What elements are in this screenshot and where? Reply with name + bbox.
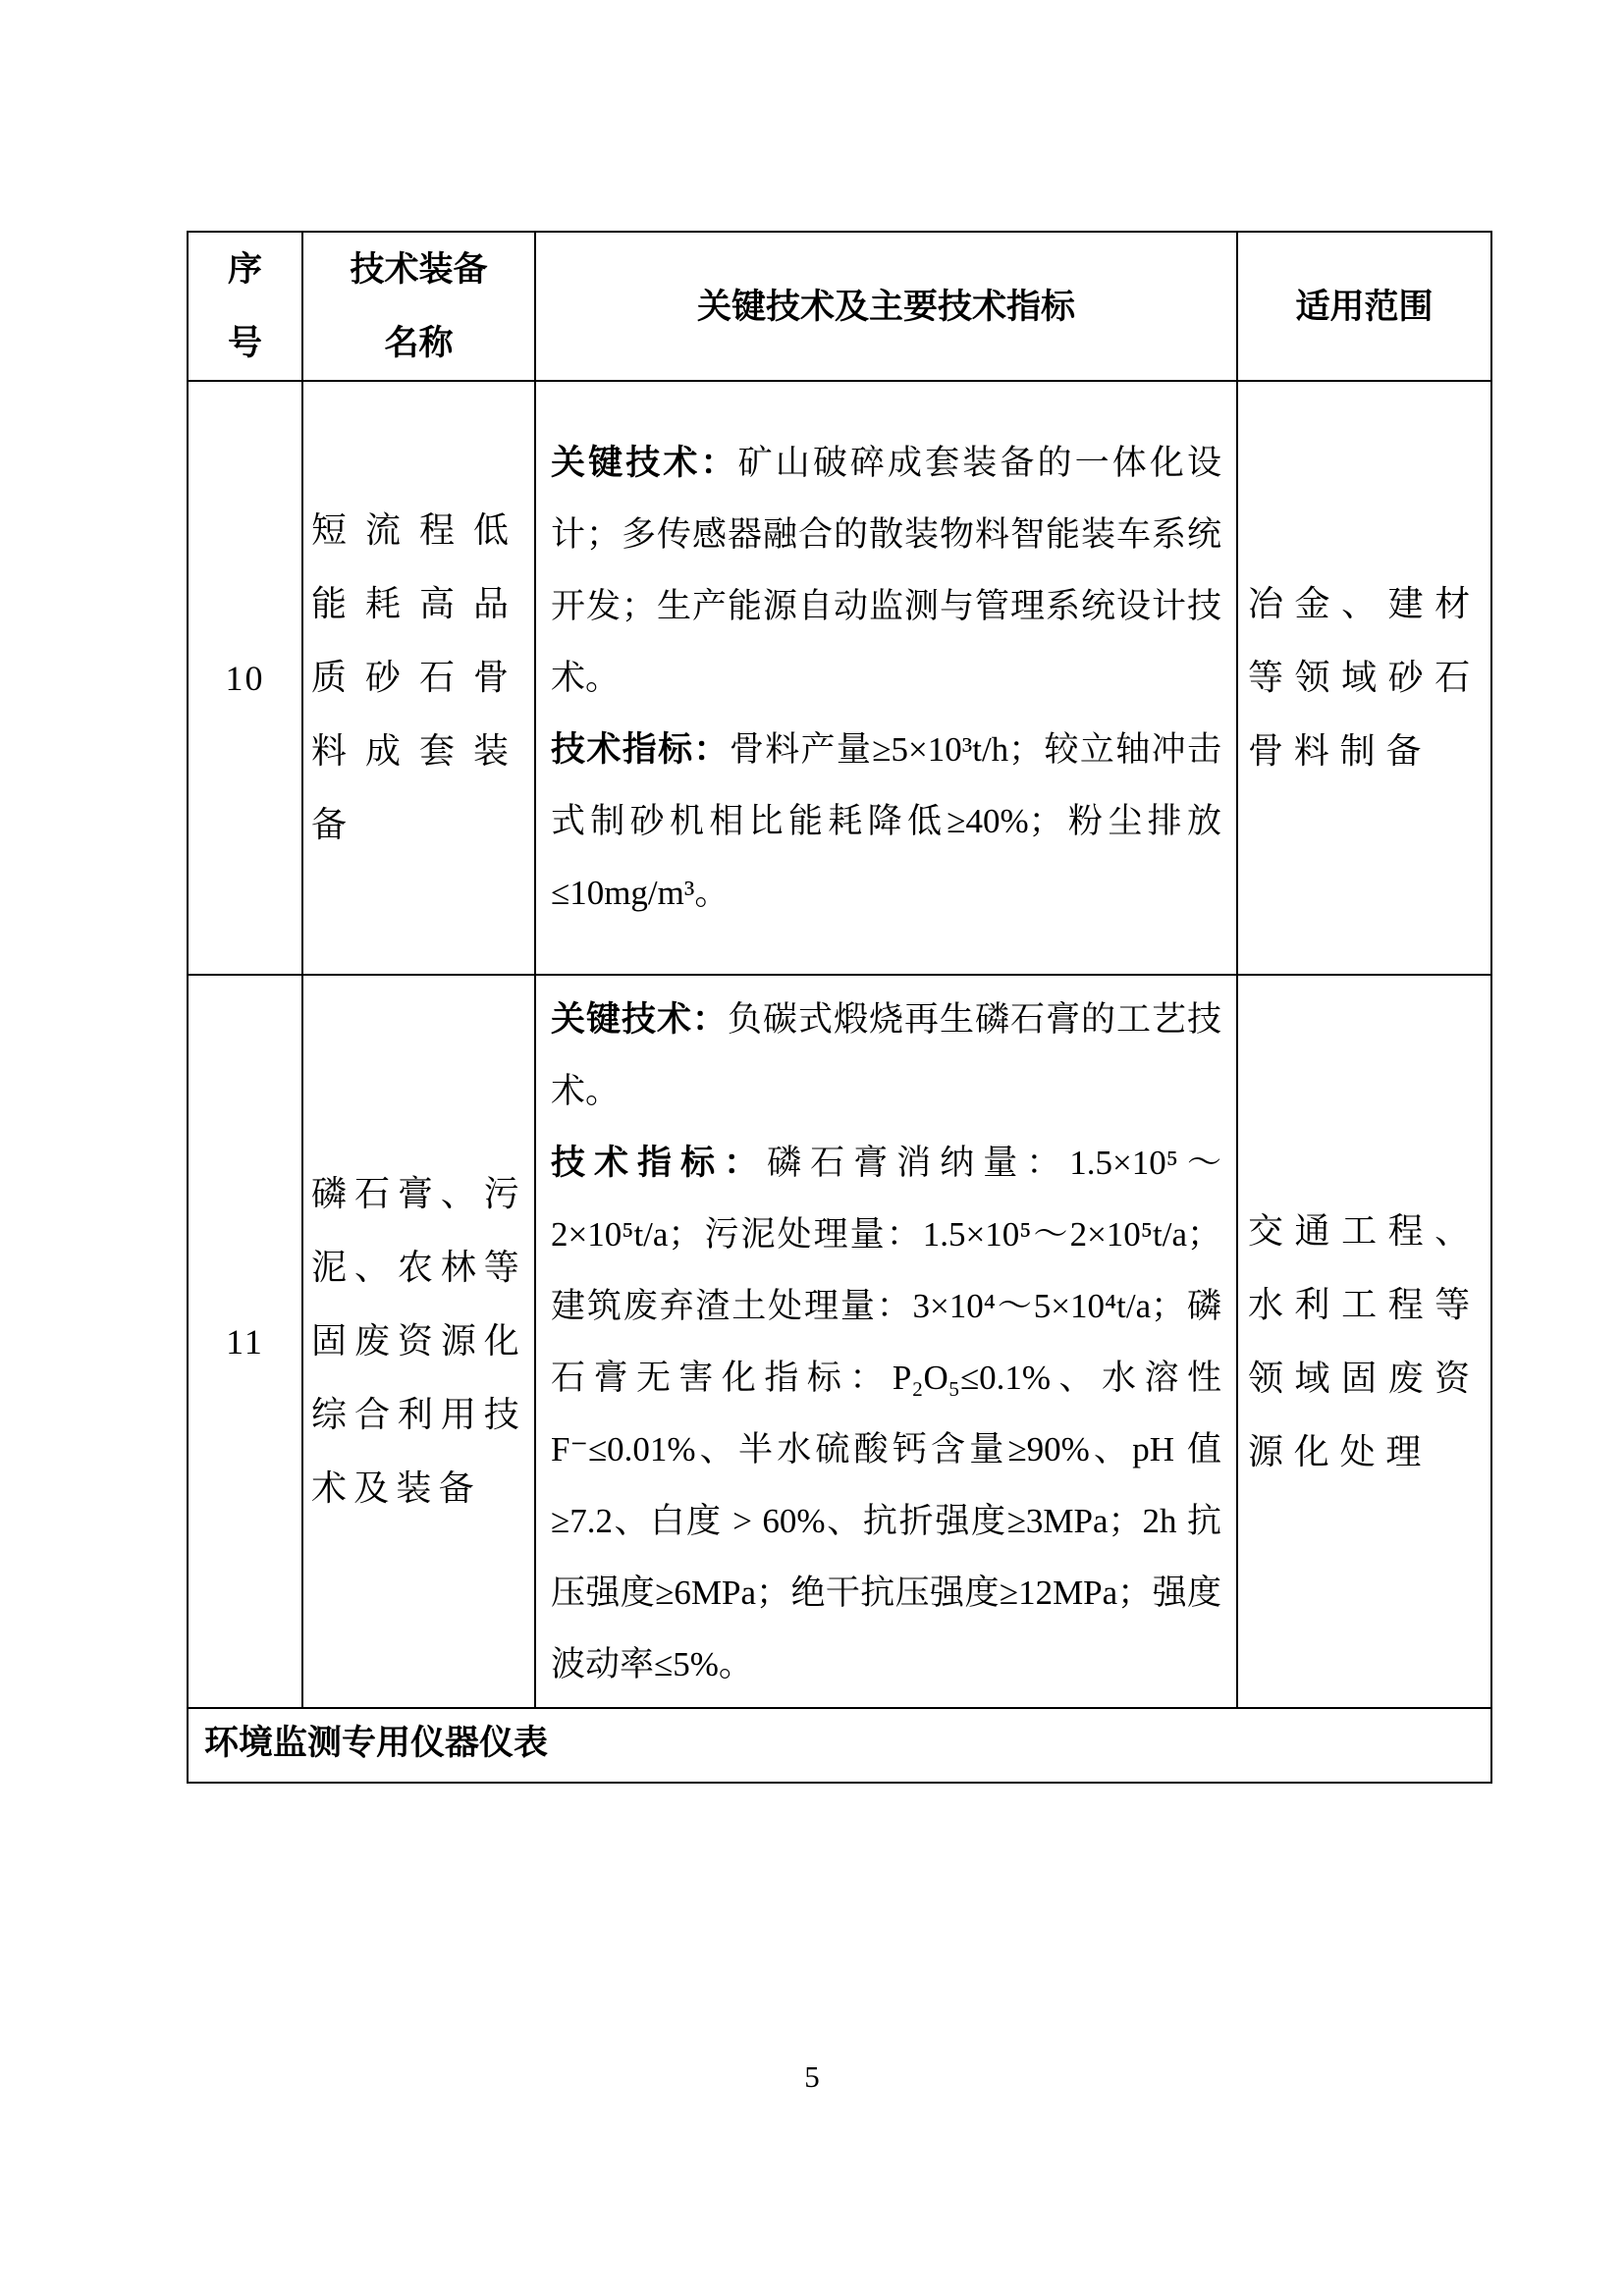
header-label-no: 序号 bbox=[226, 233, 264, 380]
row-number-cell: 10 bbox=[189, 382, 301, 974]
tech-detail-cell: 关键技术：矿山破碎成套装备的一体化设计；多传感器融合的散装物料智能装车系统开发；… bbox=[534, 382, 1236, 974]
tech-detail-cell: 关键技术：负碳式煅烧再生磷石膏的工艺技术。 技术指标：磷石膏消纳量：1.5×10… bbox=[534, 976, 1236, 1707]
page-number: 5 bbox=[0, 2059, 1624, 2095]
key-tech-label: 关键技术： bbox=[551, 1000, 728, 1039]
scope-text: 交通工程、水利工程等领域固废资源化处理 bbox=[1248, 1195, 1481, 1489]
tech-index-paragraph: 技术指标：磷石膏消纳量：1.5×10⁵～2×10⁵t/a；污泥处理量：1.5×1… bbox=[551, 1127, 1221, 1700]
tech-index-label: 技术指标： bbox=[551, 730, 730, 769]
header-label-scope: 适用范围 bbox=[1295, 270, 1433, 344]
scope-cell: 冶金、建材等领域砂石骨料制备 bbox=[1236, 382, 1490, 974]
tech-index-paragraph: 技术指标：骨料产量≥5×10³t/h；较立轴冲击式制砂机相比能耗降低≥40%；粉… bbox=[551, 714, 1221, 929]
tech-index-label: 技术指标： bbox=[551, 1144, 767, 1182]
row-number-cell: 11 bbox=[189, 976, 301, 1707]
scope-cell: 交通工程、水利工程等领域固废资源化处理 bbox=[1236, 976, 1490, 1707]
equipment-name: 短流程低能耗高品质砂石骨料成套装备 bbox=[311, 494, 526, 862]
section-footer-text: 环境监测专用仪器仪表 bbox=[189, 1709, 1490, 1778]
tech-index-text: 磷石膏消纳量：1.5×10⁵～2×10⁵t/a；污泥处理量：1.5×10⁵～2×… bbox=[551, 1144, 1221, 1683]
header-cell-name: 技术装备名称 bbox=[301, 233, 534, 380]
header-cell-tech: 关键技术及主要技术指标 bbox=[534, 233, 1236, 380]
table-row: 10 短流程低能耗高品质砂石骨料成套装备 关键技术：矿山破碎成套装备的一体化设计… bbox=[189, 380, 1490, 974]
row-number: 10 bbox=[226, 658, 265, 699]
key-tech-paragraph: 关键技术：负碳式煅烧再生磷石膏的工艺技术。 bbox=[551, 984, 1221, 1127]
key-tech-paragraph: 关键技术：矿山破碎成套装备的一体化设计；多传感器融合的散装物料智能装车系统开发；… bbox=[551, 427, 1221, 714]
header-label-name: 技术装备名称 bbox=[347, 233, 491, 380]
table-row: 11 磷石膏、污泥、农林等固废资源化综合利用技术及装备 关键技术：负碳式煅烧再生… bbox=[189, 974, 1490, 1707]
equipment-name: 磷石膏、污泥、农林等固废资源化综合利用技术及装备 bbox=[311, 1157, 526, 1525]
key-tech-label: 关键技术： bbox=[551, 444, 738, 482]
section-footer-row: 环境监测专用仪器仪表 bbox=[189, 1707, 1490, 1782]
equipment-table: 序号 技术装备名称 关键技术及主要技术指标 适用范围 10 短流程低能耗高品质砂… bbox=[187, 231, 1492, 1784]
equipment-name-cell: 磷石膏、污泥、农林等固废资源化综合利用技术及装备 bbox=[301, 976, 534, 1707]
header-label-tech: 关键技术及主要技术指标 bbox=[697, 270, 1075, 344]
scope-text: 冶金、建材等领域砂石骨料制备 bbox=[1248, 567, 1481, 788]
equipment-name-cell: 短流程低能耗高品质砂石骨料成套装备 bbox=[301, 382, 534, 974]
row-number: 11 bbox=[226, 1321, 264, 1362]
header-cell-no: 序号 bbox=[189, 233, 301, 380]
table-header-row: 序号 技术装备名称 关键技术及主要技术指标 适用范围 bbox=[189, 233, 1490, 380]
header-cell-scope: 适用范围 bbox=[1236, 233, 1490, 380]
